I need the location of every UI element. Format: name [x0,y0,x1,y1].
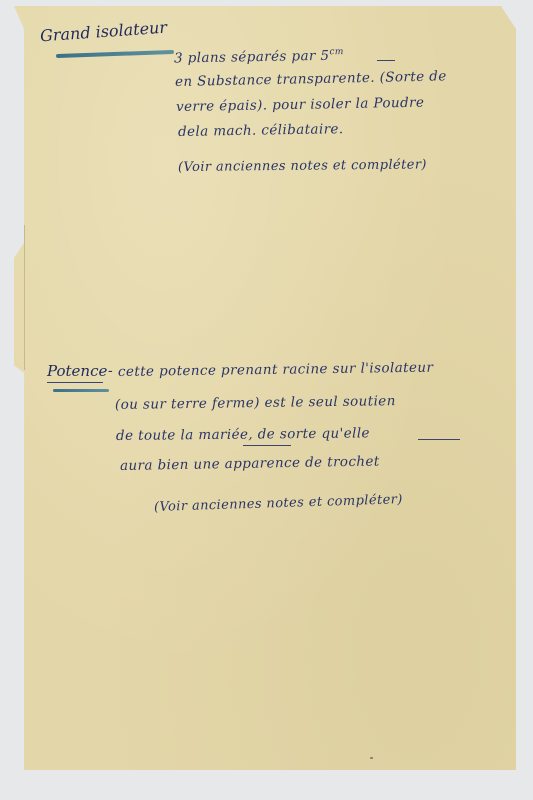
word-underline-elle [418,439,460,440]
note-line: de toute la mariée, de sorte qu'elle [116,425,370,444]
unit-underline [377,60,395,61]
heading-potence: Potence [47,362,107,380]
word-underline-mariee [243,445,291,446]
heading-pencil-underline [47,382,103,383]
paper-fold-line [24,225,25,370]
manuscript-page [14,6,516,770]
heading-dash: - [108,363,113,379]
heading-underline [53,389,109,392]
note-line: 3 plans séparés par 5cm [174,47,344,66]
note-line: (Voir anciennes notes et compléter) [178,157,427,175]
paper-speck [370,757,373,759]
unit-superscript: cm [329,47,344,57]
note-text: 3 plans séparés par 5 [174,48,330,67]
note-line: dela mach. célibataire. [178,121,344,140]
